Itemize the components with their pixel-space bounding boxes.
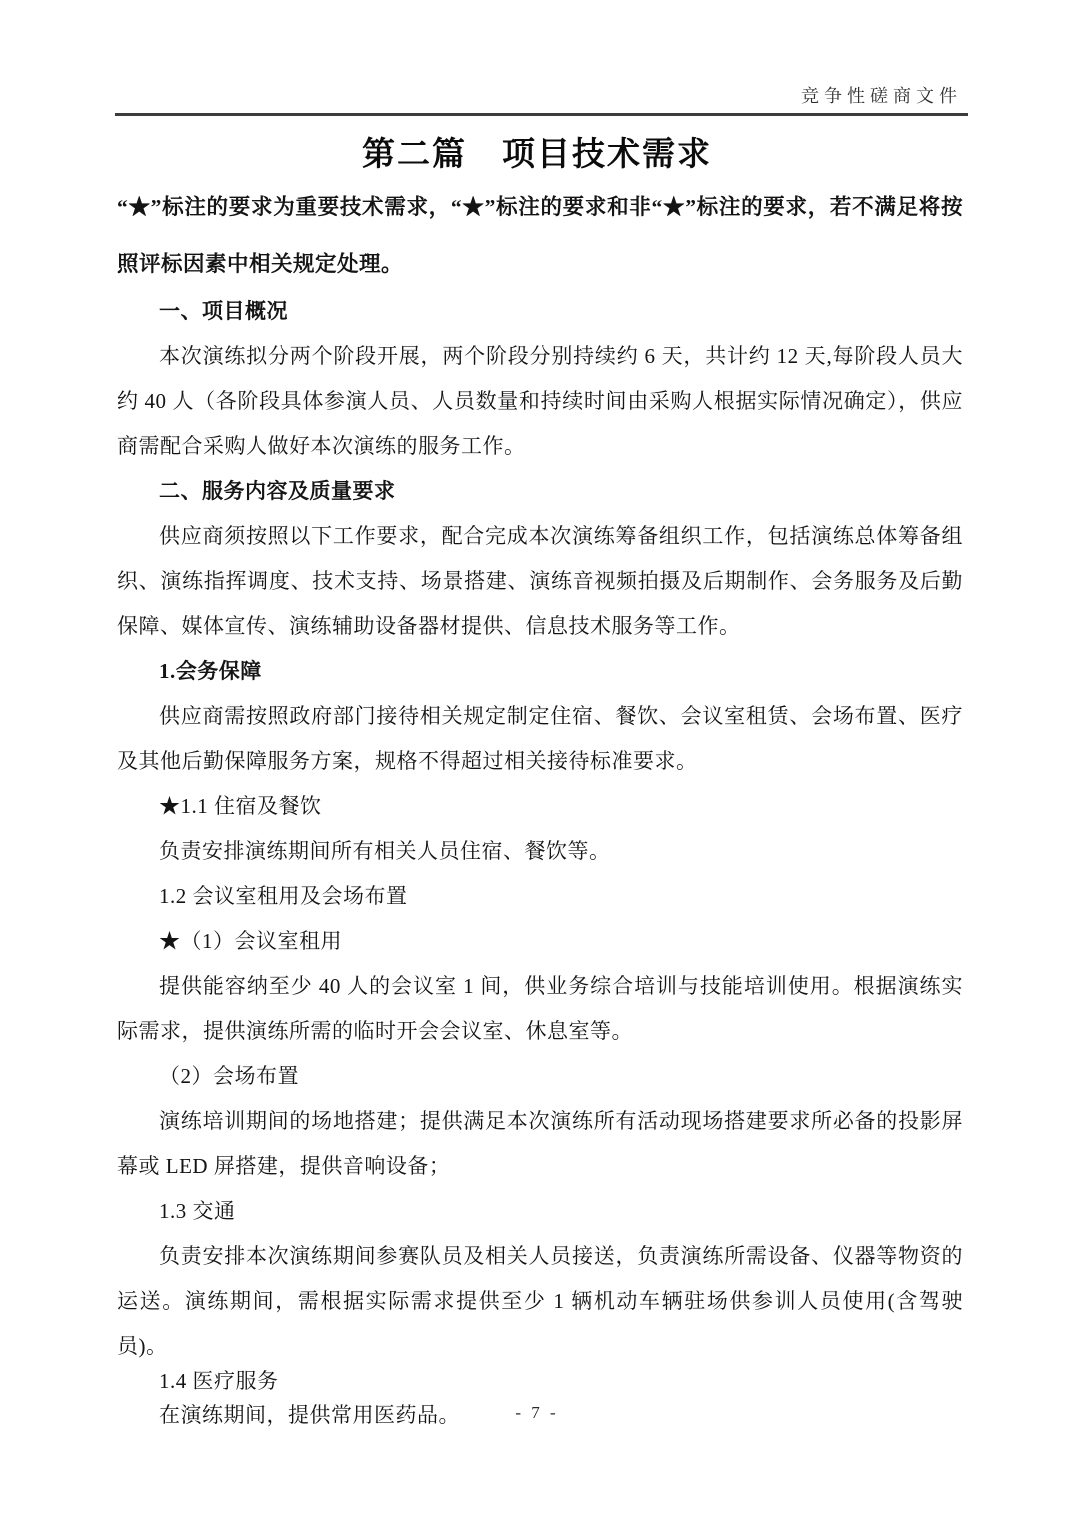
subsection-heading-lodging-dining: ★1.1 住宿及餐饮 [117, 784, 963, 829]
lodging-dining-paragraph: 负责安排演练期间所有相关人员住宿、餐饮等。 [117, 829, 963, 874]
subsection-heading-transport: 1.3 交通 [117, 1189, 963, 1234]
venue-setup-paragraph: 演练培训期间的场地搭建；提供满足本次演练所有活动现场搭建要求所必备的投影屏幕或 … [117, 1099, 963, 1189]
subsection-heading-medical: 1.4 医疗服务 [117, 1369, 963, 1393]
section-heading-overview: 一、项目概况 [117, 289, 963, 334]
section-heading-service: 二、服务内容及质量要求 [117, 469, 963, 514]
star-requirement-notice: “★”标注的要求为重要技术需求，“★”标注的要求和非“★”标注的要求，若不满足将… [117, 179, 963, 293]
header-doc-type: 竞争性磋商文件 [801, 82, 962, 108]
page-title: 第二篇 项目技术需求 [0, 128, 1074, 175]
service-paragraph: 供应商须按照以下工作要求，配合完成本次演练筹备组织工作，包括演练总体筹备组织、演… [117, 514, 963, 649]
conference-support-paragraph: 供应商需按照政府部门接待相关规定制定住宿、餐饮、会议室租赁、会场布置、医疗及其他… [117, 694, 963, 784]
meeting-room-rental-paragraph: 提供能容纳至少 40 人的会议室 1 间，供业务综合培训与技能培训使用。根据演练… [117, 964, 963, 1054]
subsection-heading-venue-setup: （2）会场布置 [117, 1054, 963, 1099]
subsection-heading-meeting-room: 1.2 会议室租用及会场布置 [117, 874, 963, 919]
document-page: 竞争性磋商文件 第二篇 项目技术需求 “★”标注的要求为重要技术需求，“★”标注… [0, 0, 1074, 1520]
overview-paragraph: 本次演练拟分两个阶段开展，两个阶段分别持续约 6 天，共计约 12 天,每阶段人… [117, 334, 963, 469]
page-number: - 7 - [0, 1403, 1074, 1423]
subsection-heading-conference-support: 1.会务保障 [117, 649, 963, 694]
header-rule [115, 113, 968, 116]
document-body: “★”标注的要求为重要技术需求，“★”标注的要求和非“★”标注的要求，若不满足将… [117, 179, 963, 1437]
transport-paragraph: 负责安排本次演练期间参赛队员及相关人员接送，负责演练所需设备、仪器等物资的运送。… [117, 1234, 963, 1369]
subsection-heading-meeting-room-rental: ★（1）会议室租用 [117, 919, 963, 964]
